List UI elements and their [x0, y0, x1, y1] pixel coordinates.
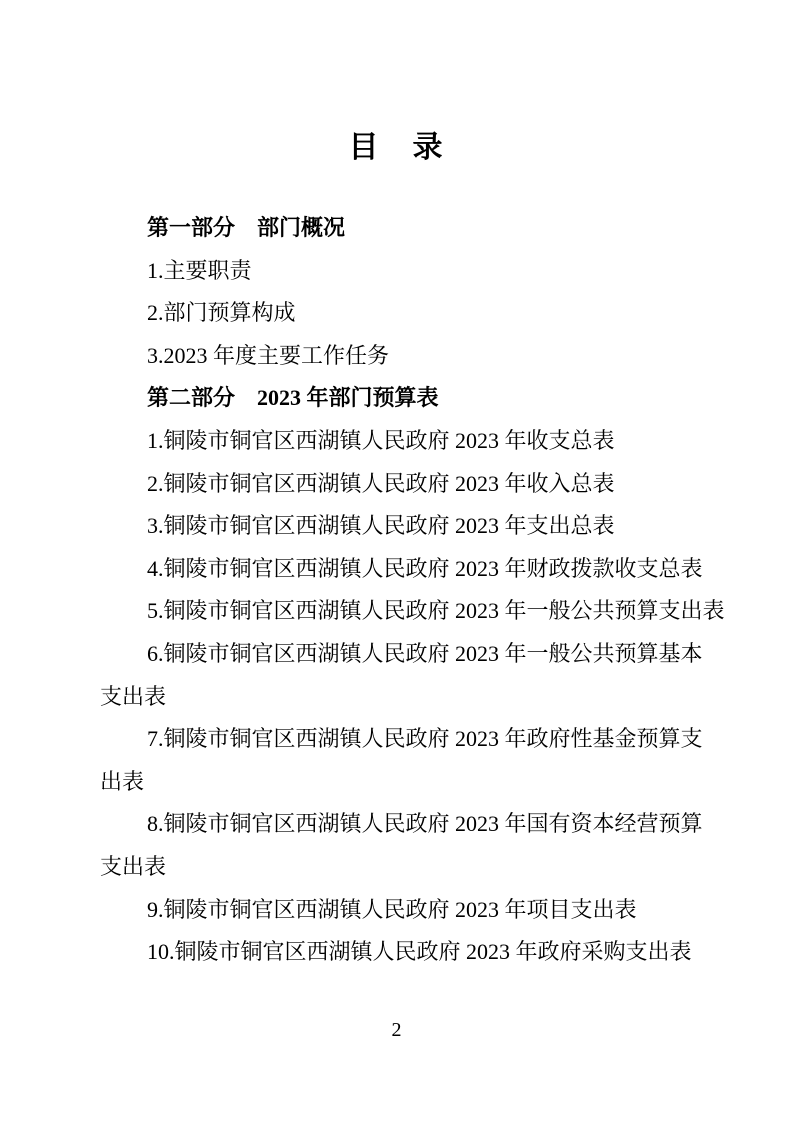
- toc-entry-line: 5.铜陵市铜官区西湖镇人民政府 2023 年一般公共预算支出表: [100, 590, 745, 633]
- toc-entry-line: 1.铜陵市铜官区西湖镇人民政府 2023 年收支总表: [100, 420, 745, 463]
- page-title: 目 录: [0, 130, 793, 166]
- toc-entry-line: 出表: [100, 761, 745, 804]
- toc-entries: 第一部分 部门概况1.主要职责2.部门预算构成3.2023 年度主要工作任务第二…: [100, 207, 745, 974]
- toc-entry-line: 2.铜陵市铜官区西湖镇人民政府 2023 年收入总表: [100, 463, 745, 506]
- toc-entry-line: 2.部门预算构成: [100, 292, 745, 335]
- toc-entry-line: 1.主要职责: [100, 250, 745, 293]
- toc-entry-line: 支出表: [100, 676, 745, 719]
- toc-entry-line: 9.铜陵市铜官区西湖镇人民政府 2023 年项目支出表: [100, 889, 745, 932]
- toc-section-heading: 第一部分 部门概况: [100, 207, 745, 250]
- toc-entry-line: 6.铜陵市铜官区西湖镇人民政府 2023 年一般公共预算基本: [100, 633, 745, 676]
- toc-section-heading: 第二部分 2023 年部门预算表: [100, 377, 745, 420]
- toc-entry-line: 支出表: [100, 846, 745, 889]
- toc-entry-line: 7.铜陵市铜官区西湖镇人民政府 2023 年政府性基金预算支: [100, 718, 745, 761]
- toc-entry-line: 8.铜陵市铜官区西湖镇人民政府 2023 年国有资本经营预算: [100, 803, 745, 846]
- toc-entry-line: 3.铜陵市铜官区西湖镇人民政府 2023 年支出总表: [100, 505, 745, 548]
- toc-entry-line: 3.2023 年度主要工作任务: [100, 335, 745, 378]
- toc-entry-line: 10.铜陵市铜官区西湖镇人民政府 2023 年政府采购支出表: [100, 931, 745, 974]
- document-page: 目 录 第一部分 部门概况1.主要职责2.部门预算构成3.2023 年度主要工作…: [0, 0, 793, 1122]
- toc-entry-line: 4.铜陵市铜官区西湖镇人民政府 2023 年财政拨款收支总表: [100, 548, 745, 591]
- page-number: 2: [0, 1016, 793, 1044]
